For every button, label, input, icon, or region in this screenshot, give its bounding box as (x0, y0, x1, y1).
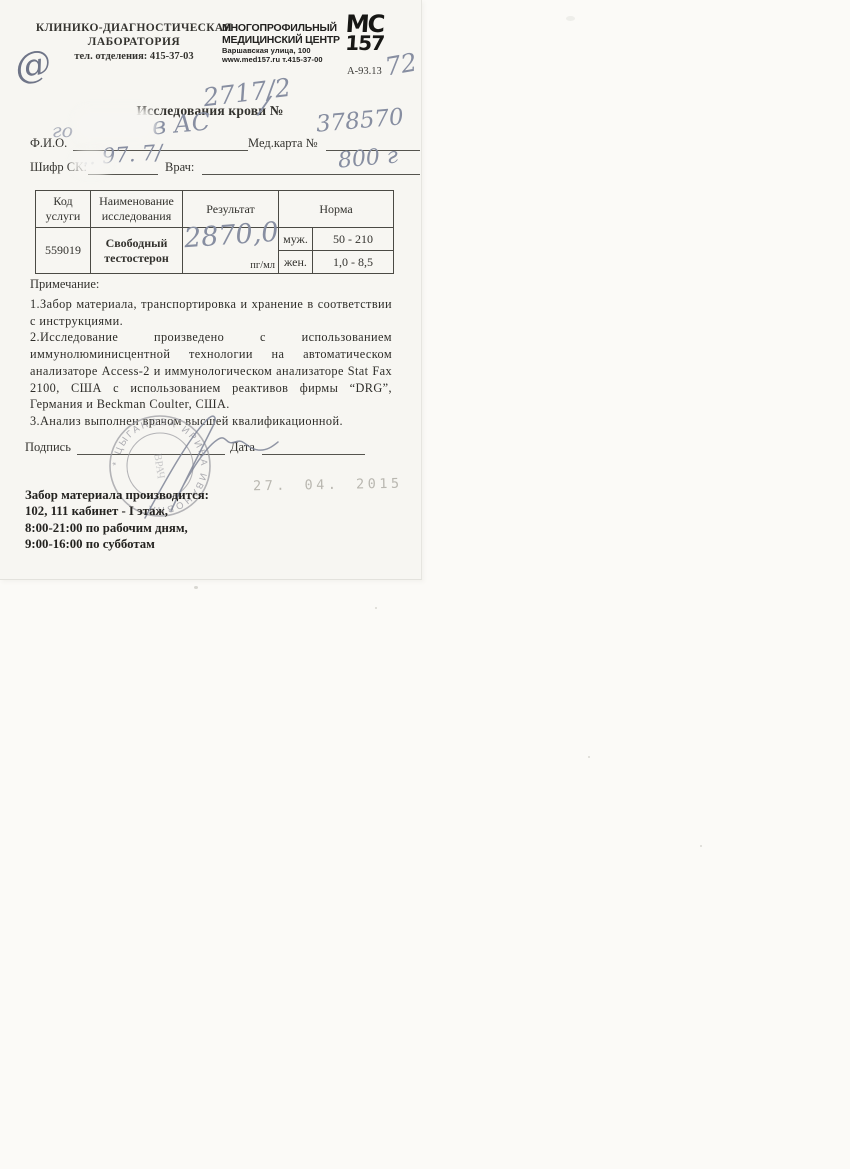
center-web-phone: www.med157.ru т.415-37-00 (222, 56, 340, 64)
note-item-2: 2.Исследование произведено с использован… (30, 329, 392, 413)
cipher-underline (88, 174, 158, 175)
cell-norm-male-label: муж. (279, 228, 313, 251)
form-code: А-93.13 (347, 66, 382, 77)
cell-norm-female-range: 1,0 - 8,5 (313, 251, 394, 274)
footer-line-1: 102, 111 кабинет - I этаж, (25, 503, 209, 519)
result-units: пг/мл (250, 260, 275, 271)
footer-info: Забор материала производится: 102, 111 к… (25, 487, 209, 553)
stamp-center-text: ВРАЧ (151, 453, 166, 480)
cell-test-name: Свободный тестостерон (91, 228, 183, 274)
notes-label: Примечание: (30, 277, 99, 292)
dust-speck (588, 756, 590, 758)
cell-service-code: 559019 (36, 228, 91, 274)
results-table: Код услуги Наименование исследования Рез… (35, 190, 394, 274)
lab-name-line2: ЛАБОРАТОРИЯ (28, 36, 240, 50)
redaction-smudge-cipher (78, 156, 104, 170)
col-header-code: Код услуги (36, 191, 91, 228)
handwritten-result-value: 2870,0 (183, 219, 279, 253)
footer-line-3: 9:00-16:00 по субботам (25, 536, 209, 552)
cell-norm-female-label: жен. (279, 251, 313, 274)
lab-header: КЛИНИКО-ДИАГНОСТИЧЕСКАЯ ЛАБОРАТОРИЯ тел.… (28, 22, 240, 64)
cell-norm-male-range: 50 - 210 (313, 228, 394, 251)
handwritten-price: 800 г (337, 145, 399, 172)
lab-name-line1: КЛИНИКО-ДИАГНОСТИЧЕСКАЯ (28, 22, 240, 36)
medcard-label: Мед.карта № (248, 136, 318, 151)
dust-speck (375, 607, 377, 609)
doctor-label: Врач: (165, 160, 194, 175)
doctor-underline (202, 174, 420, 175)
center-name-line2: МЕДИЦИНСКИЙ ЦЕНТР (222, 35, 340, 47)
handwritten-page-number: 72 (383, 49, 419, 79)
redaction-smudge-fio (80, 113, 150, 137)
handwritten-fio-fragment: го (52, 122, 73, 141)
col-header-test: Наименование исследования (91, 191, 183, 228)
center-header: МНОГОПРОФИЛЬНЫЙ МЕДИЦИНСКИЙ ЦЕНТР Варшав… (222, 23, 340, 65)
center-address: Варшавская улица, 100 (222, 47, 340, 55)
footer-title: Забор материала производится: (25, 487, 209, 503)
footer-line-2: 8:00-21:00 по рабочим дням, (25, 520, 209, 536)
cell-result: 2870,0 пг/мл (183, 228, 279, 274)
signature-label: Подпись (25, 440, 71, 455)
handwritten-at-mark: @ (12, 45, 53, 86)
dust-speck (194, 586, 198, 589)
clinic-logo: МС 157 (344, 15, 386, 51)
dust-speck (700, 845, 702, 847)
lab-phone: тел. отделения: 415-37-03 (28, 51, 240, 63)
note-item-1: 1.Забор материала, транспортировка и хра… (30, 296, 392, 329)
center-name-line1: МНОГОПРОФИЛЬНЫЙ (222, 23, 340, 35)
handwritten-fio: в АС (151, 110, 211, 139)
dust-speck (566, 16, 575, 21)
col-header-norm: Норма (279, 191, 394, 228)
scanned-lab-report: КЛИНИКО-ДИАГНОСТИЧЕСКАЯ ЛАБОРАТОРИЯ тел.… (0, 0, 850, 1169)
clinic-logo-bottom: 157 (344, 35, 385, 51)
